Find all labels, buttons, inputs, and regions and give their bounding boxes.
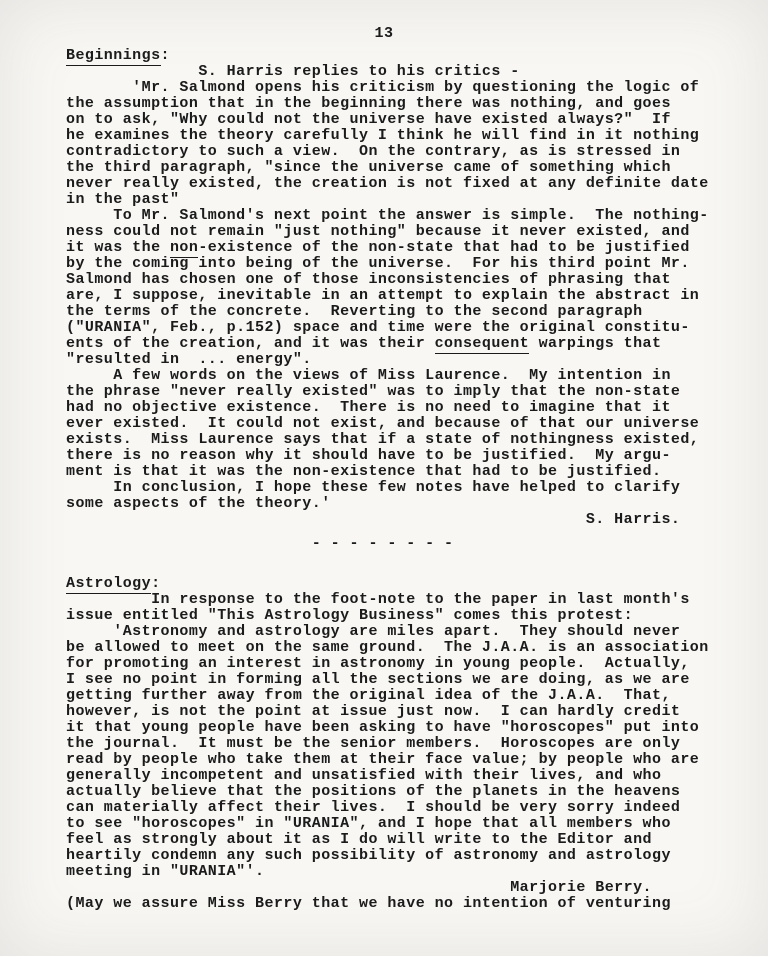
- text-line: read by people who take them at their fa…: [66, 752, 768, 768]
- text-line: feel as strongly about it as I do will w…: [66, 832, 768, 848]
- page-number: 13: [0, 26, 768, 42]
- text-line: on to ask, "Why could not the universe h…: [66, 112, 768, 128]
- text-line: In response to the foot-note to the pape…: [66, 592, 768, 608]
- text-line: the phrase "never really existed" was to…: [66, 384, 768, 400]
- text-line: generally incompetent and unsatisfied wi…: [66, 768, 768, 784]
- text-line: be allowed to meet on the same ground. T…: [66, 640, 768, 656]
- text-line: there is no reason why it should have to…: [66, 448, 768, 464]
- text-line: ness could not remain "just nothing" bec…: [66, 224, 768, 240]
- text-line: getting further away from the original i…: [66, 688, 768, 704]
- text-line: A few words on the views of Miss Laurenc…: [66, 368, 768, 384]
- text-line: for promoting an interest in astronomy i…: [66, 656, 768, 672]
- text-line: ents of the creation, and it was their c…: [66, 336, 768, 352]
- signature-marjorie-berry: Marjorie Berry.: [66, 880, 768, 896]
- text-line: I see no point in forming all the sectio…: [66, 672, 768, 688]
- section-heading-beginnings: Beginnings:: [66, 48, 768, 64]
- editor-note-line: (May we assure Miss Berry that we have n…: [66, 896, 768, 912]
- text-line: ever existed. It could not exist, and be…: [66, 416, 768, 432]
- text-line: in the past": [66, 192, 768, 208]
- text-line: ("URANIA", Feb., p.152) space and time w…: [66, 320, 768, 336]
- section-heading-astrology: Astrology:: [66, 576, 768, 592]
- text-line: the third paragraph, "since the universe…: [66, 160, 768, 176]
- text-line: 'Mr. Salmond opens his criticism by ques…: [66, 80, 768, 96]
- text-line: S. Harris replies to his critics -: [66, 64, 768, 80]
- text-line: the journal. It must be the senior membe…: [66, 736, 768, 752]
- text-line: the terms of the concrete. Reverting to …: [66, 304, 768, 320]
- underlined-text: consequent: [435, 335, 530, 354]
- text-line: can materially affect their lives. I sho…: [66, 800, 768, 816]
- signature-s-harris: S. Harris.: [66, 512, 768, 528]
- text-line: to see "horoscopes" in "URANIA", and I h…: [66, 816, 768, 832]
- text-line: never really existed, the creation is no…: [66, 176, 768, 192]
- separator-dashes: - - - - - - - -: [66, 536, 768, 552]
- text-line: by the coming into being of the universe…: [66, 256, 768, 272]
- document-page: 13 Beginnings: S. Harris replies to his …: [0, 0, 768, 956]
- text-line: ment is that it was the non-existence th…: [66, 464, 768, 480]
- text-line: 'Astronomy and astrology are miles apart…: [66, 624, 768, 640]
- text-line: some aspects of the theory.': [66, 496, 768, 512]
- text-line: it was the non-existence of the non-stat…: [66, 240, 768, 256]
- text-line: heartily condemn any such possibility of…: [66, 848, 768, 864]
- document-body: Beginnings: S. Harris replies to his cri…: [66, 48, 768, 912]
- text-line: are, I suppose, inevitable in an attempt…: [66, 288, 768, 304]
- text-line: actually believe that the positions of t…: [66, 784, 768, 800]
- text-line: contradictory to such a view. On the con…: [66, 144, 768, 160]
- text-line: Salmond has chosen one of those inconsis…: [66, 272, 768, 288]
- text-line: "resulted in ... energy".: [66, 352, 768, 368]
- text-line: he examines the theory carefully I think…: [66, 128, 768, 144]
- text-line: had no objective existence. There is no …: [66, 400, 768, 416]
- text-line: issue entitled "This Astrology Business"…: [66, 608, 768, 624]
- text-line: In conclusion, I hope these few notes ha…: [66, 480, 768, 496]
- text-line: meeting in "URANIA"'.: [66, 864, 768, 880]
- text-line: it that young people have been asking to…: [66, 720, 768, 736]
- text-line: To Mr. Salmond's next point the answer i…: [66, 208, 768, 224]
- text-line: exists. Miss Laurence says that if a sta…: [66, 432, 768, 448]
- text-line: however, is not the point at issue just …: [66, 704, 768, 720]
- text-line: the assumption that in the beginning the…: [66, 96, 768, 112]
